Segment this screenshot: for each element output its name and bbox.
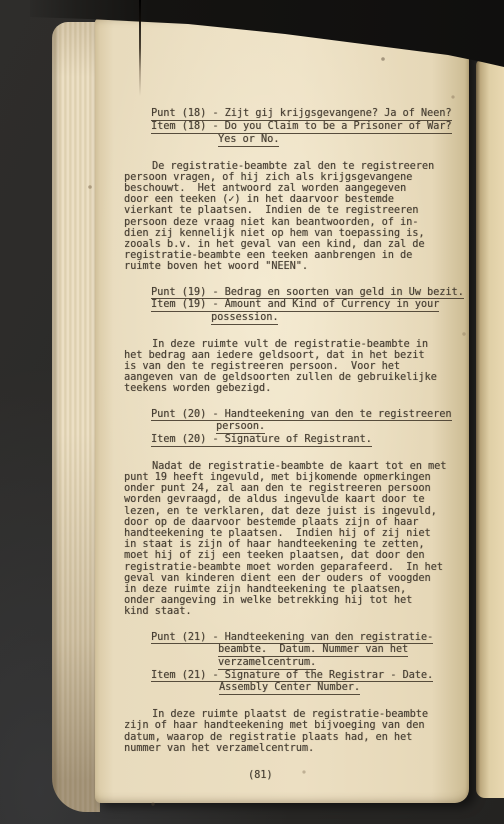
underlined-heading-text: Punt (18) - Zijt gij krijgsgevangene? Ja…: [151, 108, 452, 121]
item-heading: Punt (20) - Handteekening van den te reg…: [124, 409, 460, 447]
book-photo: Punt (18) - Zijt gij krijgsgevangene? Ja…: [0, 0, 504, 824]
text-line: persoon vragen, of hij zich als krijgsge…: [124, 172, 460, 183]
paragraph: In deze ruimte plaatst de registratie-be…: [124, 709, 460, 754]
page-edge-stack: [52, 22, 100, 812]
text-line: aangeven van de geldsoorten zullen de ge…: [124, 372, 460, 383]
typewritten-text: Punt (18) - Zijt gij krijgsgevangene? Ja…: [124, 86, 460, 804]
text-line: worden gevraagd, de aldus ingevulde kaar…: [124, 494, 460, 505]
text-line: in staat is zijn of haar handteekening t…: [124, 539, 460, 550]
adjacent-page-edge: [476, 60, 504, 798]
underlined-heading-text: beambte. Datum. Nummer van het: [218, 644, 408, 657]
text-line: onder aangeving in welke betrekking hij …: [124, 595, 460, 606]
underlined-heading-text: Yes or No.: [218, 134, 279, 147]
item-heading: Punt (18) - Zijt gij krijgsgevangene? Ja…: [124, 108, 460, 146]
paper-specks: [0, 0, 2, 2]
underlined-heading-text: Item (19) - Amount and Kind of Currency …: [151, 299, 439, 312]
heading-line: Item (20) - Signature of Registrant.: [151, 434, 460, 447]
underlined-heading-text: Punt (20) - Handteekening van den te reg…: [151, 409, 452, 422]
heading-line: verzamelcentrum.: [218, 657, 460, 670]
text-line: is van den te registreeren persoon. Voor…: [124, 361, 460, 372]
heading-line: Yes or No.: [218, 134, 460, 147]
text-line: kind staat.: [124, 606, 460, 617]
text-line: In deze ruimte vult de registratie-beamb…: [124, 339, 460, 350]
text-line: dien zij kennelijk niet op hem van toepa…: [124, 228, 460, 239]
heading-line: Item (19) - Amount and Kind of Currency …: [151, 299, 460, 312]
item-heading: Punt (21) - Handteekening van den regist…: [124, 632, 460, 696]
text-line: punt 19 heeft ingevuld, met bijkomende o…: [124, 472, 460, 483]
heading-line: Punt (21) - Handteekening van den regist…: [151, 632, 460, 645]
underlined-heading-text: Item (20) - Signature of Registrant.: [151, 434, 372, 447]
underlined-heading-text: Punt (21) - Handteekening van den regist…: [151, 632, 433, 645]
heading-line: possession.: [211, 312, 460, 325]
underlined-heading-text: persoon.: [216, 421, 265, 434]
paragraph: In deze ruimte vult de registratie-beamb…: [124, 339, 460, 395]
heading-line: Punt (19) - Bedrag en soorten van geld i…: [151, 287, 460, 300]
text-line: onder punt 24, zal aan den te registreer…: [124, 483, 460, 494]
underlined-heading-text: Assembly Center Number.: [219, 682, 360, 695]
text-line: nummer van het verzamelcentrum.: [124, 743, 460, 754]
text-line: datum, waarop de registratie plaats had,…: [124, 732, 460, 743]
heading-line: Item (18) - Do you Claim to be a Prisone…: [151, 121, 460, 134]
heading-line: persoon.: [216, 421, 460, 434]
underlined-heading-text: Item (21) - Signature of the Registrar -…: [151, 670, 433, 683]
item-heading: Punt (19) - Bedrag en soorten van geld i…: [124, 287, 460, 325]
text-line: beschouwt. Het antwoord zal worden aange…: [124, 183, 460, 194]
underlined-heading-text: Item (18) - Do you Claim to be a Prisone…: [151, 121, 452, 134]
text-line: het bedrag aan iedere geldsoort, dat in …: [124, 350, 460, 361]
text-line: in deze ruimte zijn handteekening te pla…: [124, 584, 460, 595]
text-line: lezen, en te verklaren, dat deze juist i…: [124, 506, 460, 517]
text-line: Nadat de registratie-beambte de kaart to…: [124, 461, 460, 472]
underlined-heading-text: verzamelcentrum.: [218, 657, 316, 670]
text-line: ruimte boven het woord "NEEN".: [124, 261, 460, 272]
heading-line: Punt (20) - Handteekening van den te reg…: [151, 409, 460, 422]
text-line: teekens worden gebezigd.: [124, 383, 460, 394]
text-line: De registratie-beambte zal den te regist…: [124, 161, 460, 172]
underlined-heading-text: Punt (19) - Bedrag en soorten van geld i…: [151, 287, 464, 300]
page-crease-line: [139, 0, 141, 96]
text-line: moet hij of zij een teeken plaatsen, dat…: [124, 550, 460, 561]
underlined-heading-text: possession.: [211, 312, 278, 325]
text-line: registratie-beambte een teeken aanbrenge…: [124, 250, 460, 261]
page-number: (81): [248, 770, 460, 781]
text-line: door een teeken (✓) in het daarvoor best…: [124, 194, 460, 205]
paragraph: Nadat de registratie-beambte de kaart to…: [124, 461, 460, 618]
text-line: door op de daarvoor bestemde plaats zijn…: [124, 517, 460, 528]
text-line: registratie-beambte moet worden geparafe…: [124, 562, 460, 573]
heading-line: Assembly Center Number.: [219, 682, 460, 695]
text-line: vierkant te plaatsen. Indien de te regis…: [124, 205, 460, 216]
heading-line: Item (21) - Signature of the Registrar -…: [151, 670, 460, 683]
text-line: handteekening te plaatsen. Indien hij of…: [124, 528, 460, 539]
text-line: zooals b.v. in het geval van een kind, d…: [124, 239, 460, 250]
heading-line: Punt (18) - Zijt gij krijgsgevangene? Ja…: [151, 108, 460, 121]
heading-line: beambte. Datum. Nummer van het: [218, 644, 460, 657]
text-line: zijn of haar handteekening met bijvoegin…: [124, 720, 460, 731]
paragraph: De registratie-beambte zal den te regist…: [124, 161, 460, 273]
text-line: persoon deze vraag niet kan beantwoorden…: [124, 217, 460, 228]
text-line: In deze ruimte plaatst de registratie-be…: [124, 709, 460, 720]
text-line: geval van kinderen dient een der ouders …: [124, 573, 460, 584]
